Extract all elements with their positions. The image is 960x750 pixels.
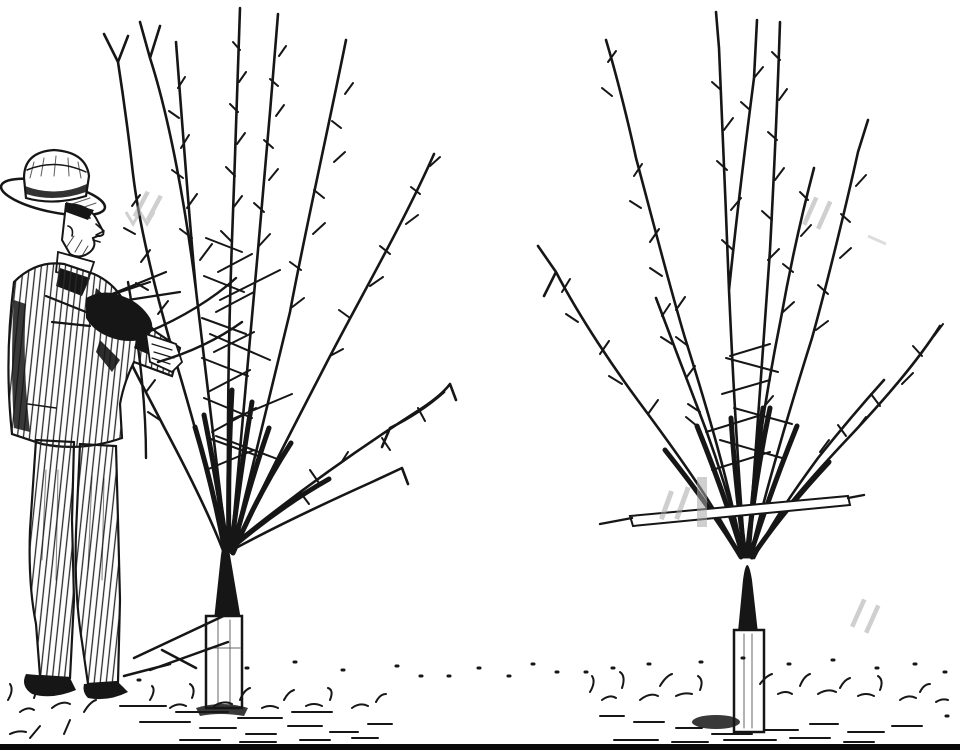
main-branches — [104, 8, 456, 553]
trunk-wrap — [206, 616, 242, 708]
engraving-illustration: Pruning young orchard trees — vintage en… — [0, 0, 960, 750]
trunk-base-shadow — [692, 715, 740, 729]
watermark-slash — [146, 195, 163, 222]
front-leg — [76, 444, 120, 684]
twigs — [562, 51, 943, 452]
watermark-bar — [697, 477, 707, 527]
illustration-canvas: Pruning young orchard trees — vintage en… — [0, 0, 960, 750]
grass-dots — [120, 662, 558, 688]
pruner-man — [0, 150, 182, 699]
watermark-slash — [864, 604, 880, 633]
grass-right — [585, 658, 948, 742]
tree-trunk — [214, 542, 241, 624]
trunk-guard-right — [692, 630, 764, 732]
man-legs — [24, 440, 128, 699]
pruned-tree — [538, 12, 943, 646]
lower-limbs — [665, 408, 829, 557]
main-branches — [538, 12, 940, 558]
grass-tufts — [590, 672, 948, 742]
bottom-black-bar — [0, 744, 960, 750]
trunk-wrap — [734, 630, 764, 732]
front-shoe — [84, 682, 129, 699]
grass-dots — [585, 658, 948, 716]
rear-leg — [30, 440, 74, 678]
watermark-dash — [868, 236, 886, 244]
watermark-slash — [816, 200, 832, 229]
watermark-slash — [850, 598, 866, 627]
trunk-guard-left — [196, 616, 248, 716]
unpruned-tree — [104, 8, 456, 624]
